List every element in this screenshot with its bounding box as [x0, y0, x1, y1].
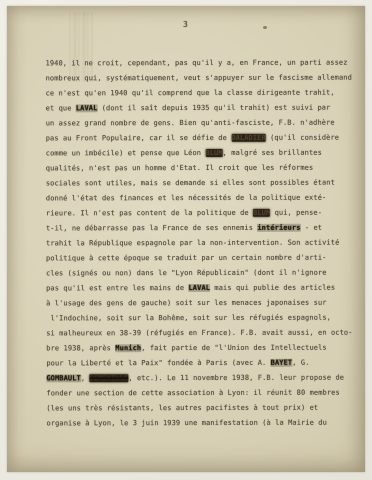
text-line: politique à cette époque se traduit par …	[46, 251, 358, 267]
text-line: ce n'est qu'en 1940 qu'il comprend que l…	[46, 86, 358, 102]
text-line: comme un imbécile) et pense que Léon BLU…	[46, 146, 358, 162]
text-line: pour la Liberté et la Paix" fondée à Par…	[46, 356, 358, 372]
inked-over-name: BLUM	[205, 149, 222, 157]
document-body: 1940, il ne croit, cependant, pas qu'il …	[46, 56, 359, 432]
text-line: bre 1938, après Munich, fait partie de "…	[46, 341, 358, 357]
typewritten-page: 3 1940, il ne croit, cependant, pas qu'i…	[7, 6, 365, 472]
text-line: sociales sont utiles, mais se demande si…	[46, 176, 358, 192]
ink-speck	[263, 26, 267, 29]
text-line: cles (signés ou non) dans le "Lyon Répub…	[46, 266, 358, 282]
inked-over-name: LAVAL	[76, 104, 98, 112]
scribbled-out-name: SEMEVILLE	[89, 374, 128, 382]
text-line: trahit la République espagnole par la no…	[46, 236, 358, 252]
text-line: fonder une section de cette association …	[46, 386, 358, 402]
inked-over-name: GOMBAULT	[46, 374, 81, 382]
text-line: l'Indochine, soit sur la Bohême, soit su…	[46, 311, 358, 327]
text-line: pas qu'il est entre les mains de LAVAL m…	[46, 281, 358, 297]
text-line: t-il, ne débarrasse pas la France de ses…	[46, 221, 358, 237]
page-number: 3	[183, 20, 188, 29]
text-line: (les uns très résistants, les autres pac…	[46, 401, 358, 417]
inked-over-name: LAVAL	[188, 284, 210, 292]
text-line: donné l'état des finances et les nécessi…	[46, 191, 358, 207]
text-line: 1940, il ne croit, cependant, pas qu'il …	[46, 56, 358, 72]
inked-over-name: BLUM	[253, 209, 270, 217]
inked-over-name: intérieurs	[257, 224, 300, 232]
inked-over-name: DALADIER	[231, 134, 266, 142]
text-line: nombreux qui, systématiquement, veut s'a…	[46, 71, 358, 87]
text-line: un assez grand nombre de gens. Bien qu'a…	[46, 116, 358, 132]
scanned-document: 3 1940, il ne croit, cependant, pas qu'i…	[0, 0, 372, 480]
text-line: et que LAVAL (dont il saît depuis 1935 q…	[46, 101, 358, 117]
inked-over-name: BAYET	[271, 359, 293, 367]
text-line: pas au Front Populaire, car il se défie …	[46, 131, 358, 147]
text-line: organise à Lyon, le 3 juin 1939 une mani…	[46, 416, 358, 432]
text-line: à l'usage des gens de gauche) soit sur l…	[46, 296, 358, 312]
inked-over-name: Munich	[115, 344, 141, 352]
text-line: GOMBAULT, SEMEVILLE, etc.). Le 11 novemb…	[46, 371, 358, 387]
text-line: qualités, n'est pas un homme d'Etat. Il …	[46, 161, 358, 177]
text-line: rieure. Il n'est pas content de la polit…	[46, 206, 358, 222]
text-line: si malheureux en 38-39 (réfugiés en Fran…	[46, 326, 358, 342]
